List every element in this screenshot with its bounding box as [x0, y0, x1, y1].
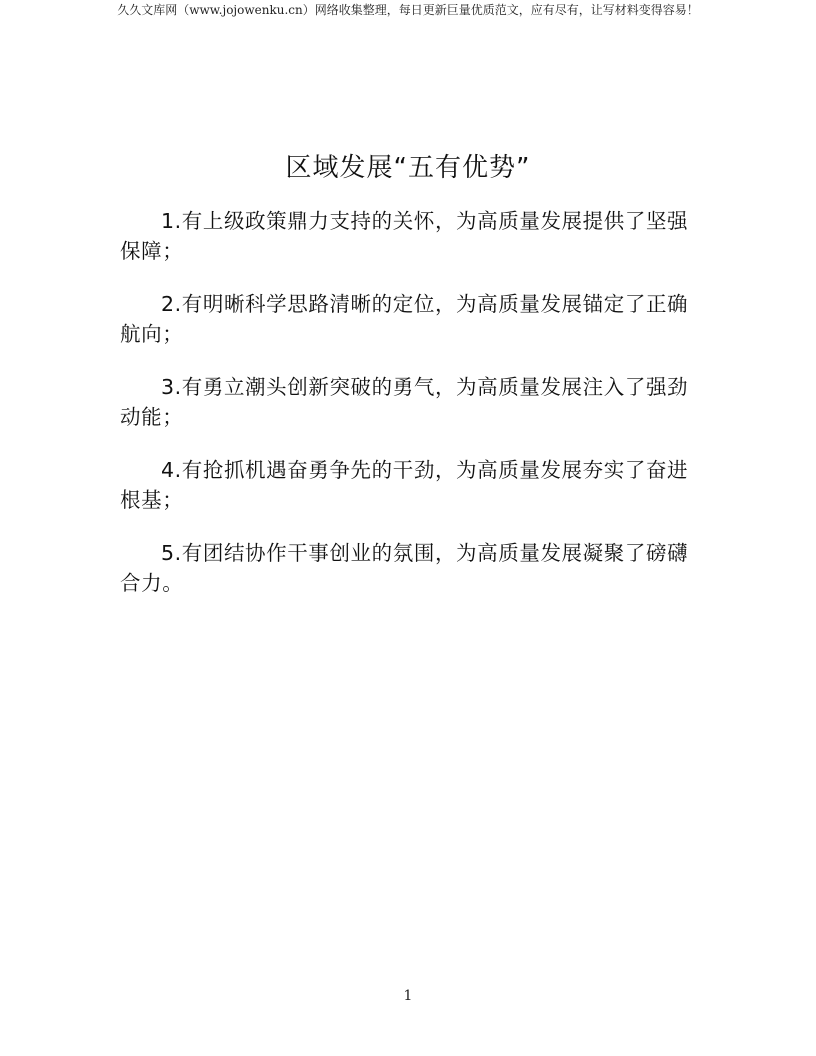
paragraph-item-2: 2.有明晰科学思路清晰的定位，为高质量发展锚定了正确航向； [120, 289, 696, 349]
paragraph-item-5: 5.有团结协作干事创业的氛围，为高质量发展凝聚了磅礴合力。 [120, 538, 696, 598]
header-watermark-note: 久久文库网（www.jojowenku.cn）网络收集整理，每日更新巨量优质范文… [0, 2, 816, 18]
paragraph-item-4: 4.有抢抓机遇奋勇争先的干劲，为高质量发展夯实了奋进根基； [120, 455, 696, 515]
paragraph-item-1: 1.有上级政策鼎力支持的关怀，为高质量发展提供了坚强保障； [120, 206, 696, 266]
page-number: 1 [0, 988, 816, 1004]
document-title: 区域发展“五有优势” [0, 150, 816, 186]
document-body: 1.有上级政策鼎力支持的关怀，为高质量发展提供了坚强保障； 2.有明晰科学思路清… [120, 206, 696, 621]
paragraph-item-3: 3.有勇立潮头创新突破的勇气，为高质量发展注入了强劲动能； [120, 372, 696, 432]
